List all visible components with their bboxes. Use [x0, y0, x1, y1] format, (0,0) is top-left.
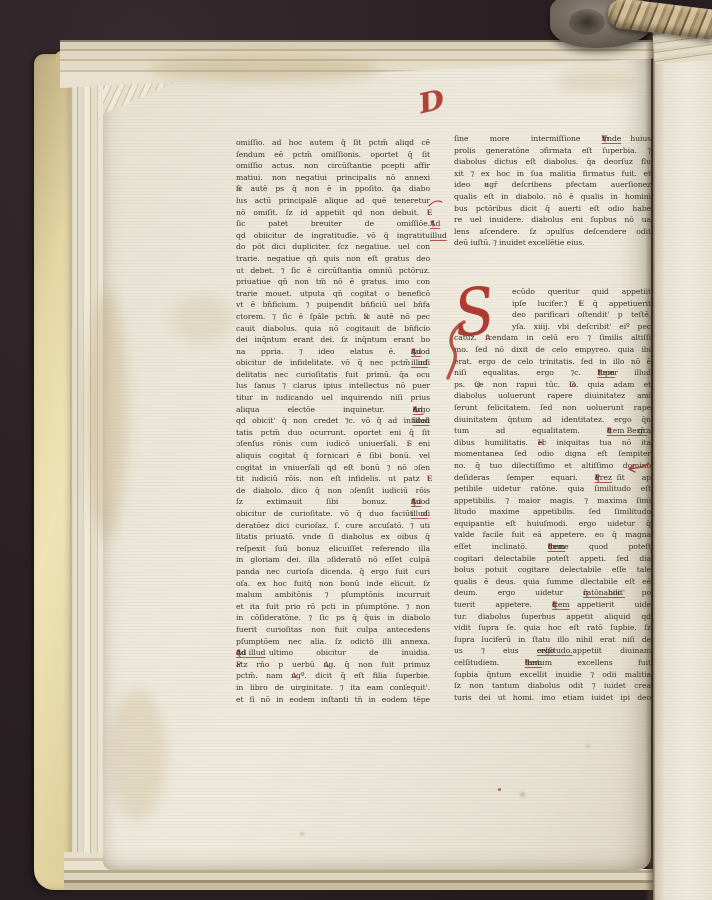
text-line: ſendum eē pctm̄ omiſſionis. oportet q̄ ſ…: [236, 149, 430, 161]
text-line: reſpexit ſuū bonuz elicuiſſet referendo …: [236, 543, 430, 555]
text-line: priuatiue qn̄ non tm̄ nō ē gratus. imo c…: [236, 276, 430, 288]
text-line: ſz extimauit ſibi bonuz. ¶Ad illud quod: [236, 496, 430, 508]
paper-stain: [108, 690, 166, 820]
text-line: niſi equalitas. ergo ⁊c. ¶Item ſuper ill…: [454, 367, 651, 379]
foxing-spot: [300, 832, 304, 836]
text-line: appetibilis. ⁊ maior magis. ⁊ maxima ſim…: [454, 495, 651, 507]
paper-stain: [172, 295, 232, 343]
text-line: diabolus uoluerunt rapere diuinitatez am…: [454, 390, 651, 402]
text-line: diuinitatem q̄ntum ad identitatez. ergo …: [454, 414, 651, 426]
text-line: equipantie eſt huiuſmodi. ergo uidetur q…: [454, 518, 651, 530]
text-line: ſine more intermiſſione ¶Vnde in huius: [454, 133, 651, 145]
drop-cap-tail: [446, 320, 468, 382]
text-line: de diabolo. dico q̄ non ɔſenſit iudiciū …: [236, 485, 430, 497]
paper-stain: [556, 70, 636, 92]
rubric-margin-arrow: [626, 460, 650, 474]
text-line: vt ē bn̄ficium. ⁊ puipendit bn̄ficiū uel…: [236, 299, 430, 311]
text-line: qualis eſt in diabolo. nō ē qualis in ho…: [454, 191, 651, 203]
text-line: dibus humilitatis. Hec iniquitas tua nō …: [454, 437, 651, 449]
text-line: trarie mouet. utputa qn̄ cogitat o benef…: [236, 288, 430, 300]
text-line: ſupbia q̄ntum excellit inuidie ⁊ odii ma…: [454, 669, 651, 681]
text-line: qd obiicitur de ingratitudīe. vō q̄ ingr…: [236, 230, 430, 242]
right-text-column-block1: ſine more intermiſſione ¶Vnde in huiuspr…: [454, 133, 651, 253]
text-line: deū iuſtū. ⁊ inuidet excellētie eius.: [454, 237, 651, 249]
text-line: turis dei ut homi. imo etiam iuidet ipi …: [454, 692, 651, 704]
text-line: litatis priuatō. vnde ſi diabolus ex oib…: [236, 531, 430, 543]
text-line: cogitari delectabile poteſt appeti. ſed …: [454, 553, 651, 565]
text-line: in cōſideratōne. ⁊ ſic ps q̄ q̄uis in di…: [236, 612, 430, 624]
text-line: qualis ē deus. quia ſumme dlectabile eſt…: [454, 576, 651, 588]
text-line: ſerunt felicitatem. ſed non uoluerunt ra…: [454, 402, 651, 414]
text-line: na ppria. ⁊ ideo elatus ē. ¶Ad illud quo…: [236, 346, 430, 358]
text-line: fuerit curioſitas non fuit culpa anteced…: [236, 624, 430, 636]
text-line: cauit diabolus. quia nō cogitauit de bn̄…: [236, 323, 430, 335]
text-line: omiſſio. ad hoc autem q̄ ſit pctm̄ aliqd…: [236, 137, 430, 149]
text-line: et ſi nō in eodem inſtanti tn̄ in eodem …: [236, 694, 430, 706]
text-line: ſz non tantum diabolus odit ⁊ iuidet cre…: [454, 680, 651, 692]
text-line: lens aſcendere. ſz ɔpulſus deſcendere od…: [454, 226, 651, 238]
text-line: petibile uidetur ratōne. quia ſimilitudo…: [454, 483, 651, 495]
text-line: bolus potuit cogitare delectabile eſſe t…: [454, 564, 651, 576]
foxing-spot: [520, 792, 525, 797]
text-line: Patz rn̄o p uerbū Aug. q̄ non fuit primu…: [236, 659, 430, 671]
text-line: titur in iudicando uel inquirendo niſi p…: [236, 392, 430, 404]
text-line: et ita fuit prio rō pcti in pſumptōne. ⁊…: [236, 601, 430, 613]
text-line: valde facile fuit eā appetere. eo q̄ mag…: [454, 529, 651, 541]
text-line: momentanea ſed odio digna eſt ſempiter: [454, 448, 651, 460]
photo-backdrop: D omiſſio. ad hoc autem q̄ ſit pctm̄ ali…: [0, 0, 712, 900]
text-line: xit ⁊ ex hoc in ſua malitia firmatus fui…: [454, 168, 651, 180]
foxing-spot: [586, 744, 590, 748]
vellum-binding-edge: [34, 54, 72, 890]
text-line: celſitudiem. ¶Item tantum excellens fuit: [454, 657, 651, 669]
text-line: in gloriam dei. illa ɔſideratō nō eſſet …: [236, 554, 430, 566]
text-line: ɔſenſus rōnis cum iudicō uniuerſali. Si …: [236, 438, 430, 450]
text-line: in libro de uirginitate. ⁊ ita eam conſe…: [236, 682, 430, 694]
text-line: matiui. non negatiui principalis nō anne…: [236, 172, 430, 184]
left-text-column: omiſſio. ad hoc autem q̄ ſit pctm̄ aliqd…: [236, 137, 430, 715]
text-line: ps. Que non rapui tūc. Glo. quia adam et: [454, 379, 651, 391]
text-line: aliqua electōe inquinetur. ¶Ad illud erg…: [236, 404, 430, 416]
facing-page: [653, 22, 712, 900]
text-line: ut debet. ⁊ ſic ē circūſtantia omniū pct…: [236, 265, 430, 277]
text-line: eſſet inclinatō. ¶Item omne quod poteſt: [454, 541, 651, 553]
paper-stain: [150, 56, 380, 82]
text-line: qd obicit' q̄ non credet ⁊c. vō q̄ ad in…: [236, 415, 430, 427]
text-line: pſumptōem nec alia. ſz odictō illi annex…: [236, 636, 430, 648]
text-line: no. q̄ tuo dilectiſſimo et altiſſimo dom…: [454, 460, 651, 472]
text-line: dei inq̄ntum erant dei. ſz inq̄ntum eran…: [236, 334, 430, 346]
text-line: cogitat in vniuerſali qd eſt bonū ⁊ nō ɔ…: [236, 462, 430, 474]
text-line: omiſſio actus. non circūſtantie pcepti a…: [236, 160, 430, 172]
text-line: tuerit appetere. ¶Item q̄ appetierit uid…: [454, 599, 651, 611]
text-line: delitatis nec curioſitatis fuit primū. q…: [236, 369, 430, 381]
text-line: Sic autē ps q̄ non ē in ppoſito. q̄a dia…: [236, 183, 430, 195]
rubric-flourish: [428, 199, 444, 208]
text-line: ¶Ad illud qd ultimo obicitur de inuidia.: [236, 647, 430, 659]
text-line: tit iudiciū rōis. non eſt infidelis. ut …: [236, 473, 430, 485]
text-line: ideo augr̄ deſcribens pfectam auerſionez: [454, 179, 651, 191]
text-line: lus ſanus ⁊ clarus ipius intellectus nō …: [236, 380, 430, 392]
text-line: vidit ſupra ſe. quia hoc eſt ratō ſupbie…: [454, 622, 651, 634]
text-line: ctorem. ⁊ ſic ē ſpāle pctm̄. Sic autē nō…: [236, 311, 430, 323]
text-line: prolis generatōne ɔfirmata eſt ſuperbia.…: [454, 145, 651, 157]
text-line: trarie. negatiue qn̄ quis non eſt gratus…: [236, 253, 430, 265]
text-line: ſupra luciferū in ſtatu illo nihil erat …: [454, 634, 651, 646]
text-line: panda nec curioſa dicenda. q̄ ergo fuit …: [236, 566, 430, 578]
text-line: nō omiſit. ſz id appetiit qd non debuit.…: [236, 207, 430, 219]
text-line: ſic patet breuiter de omiſſiōe. ¶Ad illu…: [236, 218, 430, 230]
red-ink-speck: [498, 788, 501, 791]
text-line: obicitur de curioſitate. vō q̄ duo faciū…: [236, 508, 430, 520]
text-line: deum. ergo uidetur ratōnabilit' q̄ hoc p…: [454, 587, 651, 599]
text-line: deſideras ſemper equari. ¶Prez q̄ ſit ap: [454, 472, 651, 484]
text-line: us ⁊ eius celſitudo. ergo appetiit diuin…: [454, 645, 651, 657]
text-line: litudo maxime appetibilis. ſed ſimilitud…: [454, 506, 651, 518]
paper-stain: [86, 290, 128, 540]
text-line: oſa. ex hoc fuitq̄ non bonū inde elicuit…: [236, 578, 430, 590]
text-line: diabolus dictus eſt diabolus. q̄a deorſu…: [454, 156, 651, 168]
text-line: pctm̄. nam Augº. dicit q̄ eſt filia ſupe…: [236, 670, 430, 682]
text-line: tur. diabolus ſuperbus appetit aliquid q…: [454, 611, 651, 623]
text-line: aliquis cogitat q̄ fornicari ē ſibi bonū…: [236, 450, 430, 462]
text-line: obicitur de infidelitate. vō q̄ nec pctm…: [236, 357, 430, 369]
text-line: lus actū principalē alique ad quē tenere…: [236, 195, 430, 207]
text-line: re uel inuidere. diabolus eni ſupbus nō …: [454, 214, 651, 226]
text-line: bus pctōribus dicit q̄ auerti eſt odio h…: [454, 203, 651, 215]
text-line: deratōez dici curioſaz. ſ. cure accuſatō…: [236, 520, 430, 532]
text-line: malum ambitōnis ⁊ pſumptōnis incurruit: [236, 589, 430, 601]
text-line: tatis pctm̄ duo ocurrunt. oportet eni q̄…: [236, 427, 430, 439]
text-line: tum ad equalitatem. ¶Item Bern̄. o gra: [454, 425, 651, 437]
text-line: do pōt dici dupliciter. ſcz negatiue. ue…: [236, 241, 430, 253]
